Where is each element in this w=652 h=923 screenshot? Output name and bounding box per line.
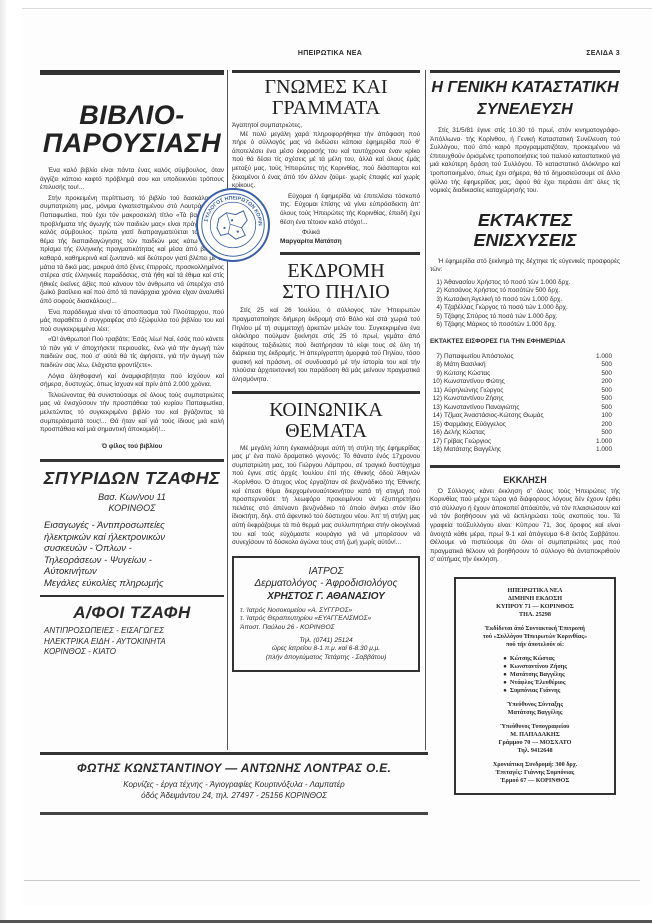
seal-emblem-icon: ΣΥΛΛΟΓΟΣ ΗΠΕΙΡΩΤΩΝ ΚΟΡΙΝΘΙΑΣ	[198, 190, 268, 260]
donation-item: 4)Τζαβέλλας Γιώργος τό ποσό τών 1.000 δρ…	[430, 304, 620, 313]
ad-credentials: τ. Ίατρός Νοσοκομείου «Α. ΣΥΓΓΡΟΣ» τ. Ία…	[240, 607, 412, 633]
info-line: ΚΥΠΡΟΥ 71 — ΚΟΡΙΝΘΟΣ	[462, 603, 608, 611]
headline-excursion: ΕΚΔΡΟΜΗ ΣΤΟ ΠΗΛΙΟ	[232, 261, 420, 303]
article-excursion: Στίς 25 καί 26 Ίουλίου, ό σύλλογος τών Ή…	[232, 307, 420, 384]
info-line: Τηλ. 9412648	[462, 747, 608, 755]
contribution-row: 8)Μάτη Βασιλική500	[430, 361, 612, 370]
committee-members: Κώτσης Κώστας Κωνσταντίνου Ζήσης Ματάτση…	[503, 655, 567, 695]
ad-title: ΣΠΥΡΙΔΩΝ ΤΖΑΦΗΣ	[40, 468, 224, 488]
column-rule	[227, 70, 228, 750]
info-line: Έπιταγές: Γιάννης Συμπόνιας	[462, 769, 608, 777]
info-line: τού «Συλλόγου Ήπειρωτών Κορινθίας»	[462, 633, 608, 641]
info-line: Έκδίδεται άπό Συντακτική Έπιτροπή	[462, 625, 608, 633]
headline-line: ΕΚΤΑΚΤΕΣ	[430, 210, 620, 230]
contribution-row: 12)Κωνσταντίνου Ζήσης500	[430, 395, 612, 404]
paragraph: Ένα καλό βιβλίο είναι πάντα ένας καλός σ…	[40, 167, 224, 193]
headline-social: ΚΟΙΝΩΝΙΚΑ ΘΕΜΑΤΑ	[232, 400, 420, 442]
column-top-bar	[40, 70, 224, 75]
page-bottom-rule	[24, 880, 640, 881]
paragraph: Ένα παράδειγμα είναι τό άποσπασμα τού Πλ…	[40, 309, 224, 335]
ad-body: Εισαγωγές - Άντιπροσωπείες ήλεκτρικών κα…	[40, 520, 224, 589]
contribution-row: 7)Παπαφωτίου Άπόστολος1.000	[430, 353, 612, 362]
ad-address: Βασ. Κων/νου 11	[40, 492, 224, 503]
column-top-bar	[232, 70, 420, 73]
column-left: ΒΙΒΛΙΟ- ΠΑΡΟΥΣΙΑΣΗ Ένα καλό βιβλίο είναι…	[40, 68, 224, 658]
headline-line: ΓΡΑΜΜΑΤΑ	[232, 98, 420, 119]
ad-phone: Τηλ. (0741) 25124	[240, 637, 412, 646]
headline-appeal: ΕΚΚΛΗΣΗ	[430, 474, 620, 486]
ad-hours: ώρες ίατρείου 8-1 π.μ. καί 6-8.30 μ.μ.	[240, 645, 412, 654]
section-divider	[232, 391, 420, 394]
salutation: Άγαπητοί συμπατριώτες,	[232, 122, 420, 131]
headline-letters: ΓΝΩΜΕΣ ΚΑΙ ΓΡΑΜΜΑΤΑ	[232, 77, 420, 119]
contributions-table: 7)Παπαφωτίου Άπόστολος1.000 8)Μάτη Βασιλ…	[430, 353, 620, 455]
headline-line: Η ΓΕΝΙΚΗ ΚΑΤΑΣΤΑΤΙΚΗ	[430, 77, 620, 99]
section-divider	[40, 595, 224, 597]
ad-title: ΦΩΤΗΣ ΚΩΝΣΤΑΝΤΙΝΟΥ — ΑΝΤΩΝΗΣ ΛΟΝΤΡΑΣ Ο.Ε…	[40, 760, 428, 776]
headline-line: ΓΝΩΜΕΣ ΚΑΙ	[232, 77, 420, 98]
ad-line: Εισαγωγές - Άντιπροσωπείες	[44, 520, 224, 532]
headline-general-assembly: Η ΓΕΝΙΚΗ ΚΑΤΑΣΤΑΤΙΚΗ ΣΥΝΕΛΕΥΣΗ	[430, 77, 620, 121]
contribution-row: 9)Κώτσης Κώστας500	[430, 370, 612, 379]
ad-title: Α/ΦΟΙ ΤΖΑΦΗ	[40, 603, 224, 623]
headline-line: ΕΚΔΡΟΜΗ	[252, 261, 420, 282]
ad-label: ΙΑΤΡΟΣ	[240, 566, 412, 578]
column-top-bar	[430, 70, 620, 73]
member: Ντάφλος Έλευθέριος	[503, 679, 567, 687]
paragraph: Μέ πολύ μεγάλη χαρά πληροφορήθηκα τήν άπ…	[232, 131, 420, 191]
article-social: Μέ μεγάλη λύπη έγκαινιάζουμε αύτή τή στή…	[232, 445, 420, 548]
info-line: Ματάτσης Βαγγέλης	[462, 709, 608, 717]
ad-line: ΗΛΕΚΤΡΙΚΑ ΕΙΔΗ - ΑΥΤΟΚΙΝΗΤΑ	[44, 637, 224, 648]
donation-item: 2)Κατσάνος Χρήστος τό ποσότών 500 δρχ.	[430, 287, 620, 296]
section-divider	[280, 252, 420, 255]
headline-book-review: ΒΙΒΛΙΟ- ΠΑΡΟΥΣΙΑΣΗ	[40, 101, 224, 157]
info-line: Γράμμου 70 — ΜΟΣΧΑΤΟ	[462, 739, 608, 747]
section-divider	[430, 465, 620, 468]
masthead: ΗΠΕΙΡΩΤΙΚΑ ΝΕΑ ΣΕΛΙΔΑ 3	[40, 50, 620, 62]
info-line: πού τήν άποτελούν οί:	[462, 641, 608, 649]
ad-line: Άποστ. Παύλου 26 - ΚΟΡΙΝΘΟΣ	[240, 624, 412, 633]
column-right: Η ΓΕΝΙΚΗ ΚΑΤΑΣΤΑΤΙΚΗ ΣΥΝΕΛΕΥΣΗ Στίς 31/5…	[430, 68, 620, 795]
member: Κωνσταντίνου Ζήσης	[503, 663, 567, 671]
ad-doctor-name: ΧΡΗΣΤΟΣ Γ. ΑΘΑΝΑΣΙΟΥ	[240, 590, 412, 603]
info-line: ΗΠΕΙΡΩΤΙΚΑ ΝΕΑ	[462, 587, 608, 595]
ad-body: ΑΝΤΙΠΡΟΣΩΠΕΙΕΣ - ΕΙΣΑΓΩΓΕΣ ΗΛΕΚΤΡΙΚΑ ΕΙΔ…	[40, 626, 224, 658]
ad-afoi-tzafi: Α/ΦΟΙ ΤΖΑΦΗ ΑΝΤΙΠΡΟΣΩΠΕΙΕΣ - ΕΙΣΑΓΩΓΕΣ Η…	[40, 603, 224, 658]
member: Συμπόνιας Γιάννης	[503, 687, 567, 695]
paragraph: Στήν προκειμένη περίπτωση, τό βιβλίο τού…	[40, 195, 224, 307]
headline-line: ΒΙΒΛΙΟ-	[40, 101, 224, 129]
ad-line: τ. Ίατρός Θεραπευτηρίου «ΕΥΑΓΓΕΛΙΣΜΟΣ»	[240, 615, 412, 624]
headline-line: ΣΤΟ ΠΗΛΙΟ	[252, 282, 420, 303]
ad-konstantinou-lontras: ΦΩΤΗΣ ΚΩΝΣΤΑΝΤΙΝΟΥ — ΑΝΤΩΝΗΣ ΛΟΝΤΡΑΣ Ο.Ε…	[40, 760, 428, 801]
contribution-row: 13)Κωνσταντίνου Παναγιώτης500	[430, 404, 612, 413]
column-middle: ΓΝΩΜΕΣ ΚΑΙ ΓΡΑΜΜΑΤΑ Άγαπητοί συμπατριώτε…	[232, 68, 420, 672]
article-general-assembly: Στίς 31/5/81 έγινε στίς 10.30 τό πρωί, σ…	[430, 127, 620, 196]
publication-info-box: ΗΠΕΙΡΩΤΙΚΑ ΝΕΑ ΔΙΜΗΝΗ ΕΚΔΟΣΗ ΚΥΠΡΟΥ 71 —…	[454, 577, 616, 795]
member: Ματάτσης Βαγγέλης	[503, 671, 567, 679]
ad-line: όδός Άδειμάντου 24, τηλ. 27497 - 25156 Κ…	[40, 790, 428, 801]
page-number: ΣΕΛΙΔΑ 3	[586, 50, 620, 57]
info-line: Ύπεύθυνος Σύνταξης	[462, 701, 608, 709]
scan-page-edge	[0, 0, 6, 923]
donations-intro: Ή έφημερίδα στό ξεκίνημά της δέχτηκε τίς…	[430, 258, 620, 275]
ad-line: Κορνίζες - έργα τέχνης - Άγιογραφίες Κου…	[40, 779, 428, 790]
ad-spyridon-tzafis: ΣΠΥΡΙΔΩΝ ΤΖΑΦΗΣ Βασ. Κων/νου 11 ΚΟΡΙΝΘΟΣ…	[40, 468, 224, 589]
ad-contact: Τηλ. (0741) 25124 ώρες ίατρείου 8-1 π.μ.…	[240, 637, 412, 663]
ad-city: ΚΟΡΙΝΘΟΣ	[40, 503, 224, 514]
paragraph: Λόγια άληθοφανή καί άναμφισβήτητα πού ίσ…	[40, 373, 224, 390]
article-signature: Ό φίλος τού βιβλίου	[40, 443, 224, 452]
ad-doctor: ΙΑΤΡΟΣ Δερματολόγος - Άφροδισιολόγος ΧΡΗ…	[232, 556, 420, 673]
ad-line: ήλεκτρικών καί ήλεκτρονικών	[44, 532, 224, 544]
ad-line: συσκευών - Όπλων -	[44, 543, 224, 555]
ad-line: Τηλεοράσεων - Ψυγείων -	[44, 555, 224, 567]
paper-name: ΗΠΕΙΡΩΤΙΚΑ ΝΕΑ	[40, 50, 620, 57]
info-line: ΔΙΜΗΝΗ ΕΚΔΟΣΗ	[462, 595, 608, 603]
column-rule	[425, 70, 426, 750]
contribution-row: 18)Ματάτσης Βαγγέλης1.000	[430, 446, 612, 455]
section-divider	[40, 459, 224, 462]
svg-text:ΣΥΛΛΟΓΟΣ ΗΠΕΙΡΩΤΩΝ ΚΟΡΙΝΘΙΑΣ: ΣΥΛΛΟΓΟΣ ΗΠΕΙΡΩΤΩΝ ΚΟΡΙΝΘΙΑΣ	[198, 190, 263, 226]
headline-donations: ΕΚΤΑΚΤΕΣ ΕΝΙΣΧΥΣΕΙΣ	[430, 210, 620, 250]
headline-line: ΣΥΝΕΛΕΥΣΗ	[430, 99, 620, 121]
contributions-subheading: ΕΚΤΑΚΤΕΣ ΕΙΣΦΟΡΕΣ ΓΙΑ ΤΗΝ ΕΦΗΜΕΡΙΔΑ	[430, 338, 620, 347]
member: Κώτσης Κώστας	[503, 655, 567, 663]
donations-list: 1)Άθανασίου Χρήστος τό ποσό τών 1.000 δρ…	[430, 279, 620, 330]
info-line: Χρονιάτικη Συνδρομή: 300 δρχ.	[462, 761, 608, 769]
contribution-row: 15)Φαρμάκης Εύάγγελος200	[430, 421, 612, 430]
donation-item: 6)Τζάφης Μάρκος τό ποσότών 1.000 δρχ.	[430, 321, 620, 330]
contribution-row: 17)Γρίβας Γεώργιος1.000	[430, 438, 612, 447]
ad-line: ΚΟΡΙΝΘΟΣ - ΚΙΑΤΟ	[44, 647, 224, 658]
headline-line: ΕΝΙΣΧΥΣΕΙΣ	[430, 230, 620, 250]
headline-line: ΚΟΙΝΩΝΙΚΑ	[232, 400, 420, 421]
ad-line: Αύτοκινήτων	[44, 566, 224, 578]
contribution-row: 10)Κωνσταντίνου Φώτης200	[430, 378, 612, 387]
headline-line: ΘΕΜΑΤΑ	[232, 421, 420, 442]
ad-note: (πλήν άπογεύματος Τετάρτης - Σαββάτου)	[240, 654, 412, 663]
section-divider	[40, 752, 428, 755]
info-line: Ύπεύθυνος Τυπογραφείου	[462, 723, 608, 731]
ad-specialty: Δερματολόγος - Άφροδισιολόγος	[240, 578, 412, 590]
association-seal: ΣΥΛΛΟΓΟΣ ΗΠΕΙΡΩΤΩΝ ΚΟΡΙΝΘΙΑΣ	[196, 188, 270, 262]
quote-paragraph: «Ώ! άνθρωποι! Πού τραβάτε; Έσάς λέω! Ναί…	[40, 336, 224, 370]
info-line: Έρμού 67 — ΚΟΡΙΝΘΟΣ	[462, 777, 608, 785]
ad-line: Μεγάλες εύκολίες πληρωμής	[44, 578, 224, 590]
article-appeal: Ό Σύλλογος κάνει έκκληση σ' όλους τούς Ή…	[430, 488, 620, 565]
contribution-row: 16)Δελής Κώστας500	[430, 429, 612, 438]
article-book-review: Ένα καλό βιβλίο είναι πάντα ένας καλός σ…	[40, 167, 224, 451]
contribution-row: 14)Τζίμας Άναστάσιος-Κώτσης Θωμάς100	[430, 412, 612, 421]
headline-line: ΠΑΡΟΥΣΙΑΣΗ	[40, 129, 224, 157]
section-divider	[40, 812, 428, 815]
contribution-row: 11)Αύρηλιώνης Γιώργος500	[430, 387, 612, 396]
info-line: Μ. ΠΑΠΑΔΑΚΗΣ	[462, 731, 608, 739]
paragraph: Τελειώνοντας θά συνιστούσαμε σέ όλους το…	[40, 392, 224, 435]
ad-line: ΑΝΤΙΠΡΟΣΩΠΕΙΕΣ - ΕΙΣΑΓΩΓΕΣ	[44, 626, 224, 637]
info-phone: ΤΗΛ. 25298	[462, 611, 608, 619]
